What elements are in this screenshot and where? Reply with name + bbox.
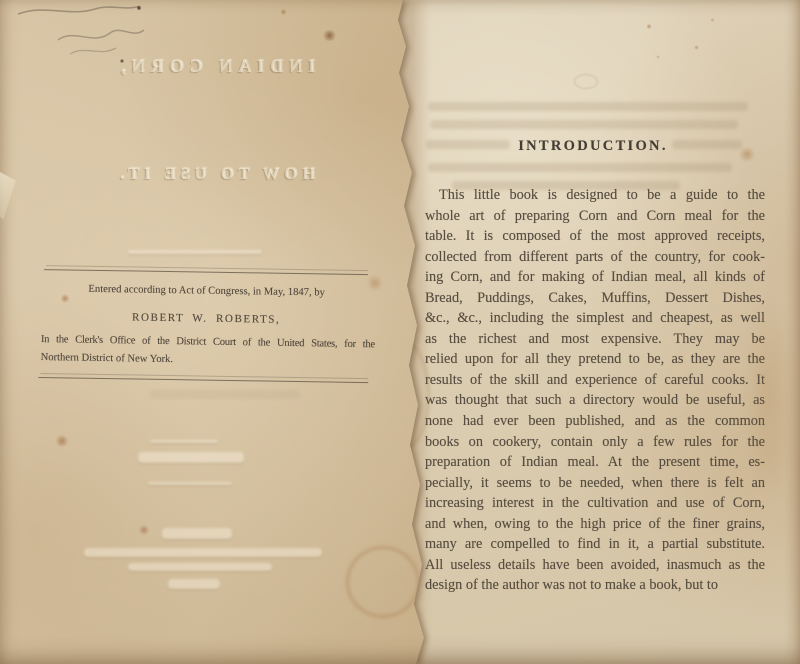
ghost-rule <box>148 482 232 485</box>
text-line: books on cookery, contain only a few rul… <box>425 434 765 455</box>
text-line: &c., &c., including the simplest and che… <box>425 310 765 331</box>
text-line: This little book is designed to be a gui… <box>425 187 765 208</box>
text-line: as the richest and most expensive. They … <box>425 331 765 352</box>
text-line: many are compelled to find in it, a part… <box>425 536 765 557</box>
ghost-bleedthrough-line <box>430 120 738 129</box>
text-line: All useless details have been avoided, i… <box>425 557 765 578</box>
ghost-imprint-line <box>162 528 232 539</box>
stain-spot <box>280 9 287 15</box>
stain-spot <box>322 30 337 41</box>
ghost-bleedthrough-line <box>428 163 732 172</box>
copyright-office-line: In the Clerk's Office of the District Co… <box>41 334 375 350</box>
ghost-imprint-line <box>168 579 220 589</box>
text-line: Bread, Puddings, Cakes, Muffins, Dessert… <box>425 290 765 311</box>
copyright-entry-line: Entered according to Act of Congress, in… <box>48 283 366 299</box>
text-line: relied upon for all they pretend to be, … <box>425 351 765 372</box>
ghost-bleedthrough-line <box>150 390 300 399</box>
waterstain-ring <box>346 546 420 618</box>
text-line: ing Corn, and for making of Indian meal,… <box>425 269 765 290</box>
ghost-rule <box>150 440 218 443</box>
text-line: whole art of preparing Corn and Corn mea… <box>425 208 765 229</box>
stain-spot <box>60 294 70 303</box>
stain-spot <box>738 148 756 161</box>
torn-page-edge: INDIAN CORN, HOW TO USE IT. Entered acco… <box>0 0 430 664</box>
text-line: preparation of Indian meal. At the prese… <box>425 454 765 475</box>
stain-spot <box>694 45 699 50</box>
text-line: results of the skill and experience of c… <box>425 372 765 393</box>
copyright-author-name: ROBERT W. ROBERTS, <box>47 310 365 327</box>
ghost-page-number <box>574 74 598 89</box>
right-page: INTRODUCTION. This little book is design… <box>392 0 800 664</box>
text-line: was thought that such a directory would … <box>425 392 765 413</box>
stain-spot <box>138 525 150 535</box>
ghost-imprint-line <box>128 563 272 571</box>
stain-spot <box>646 24 652 29</box>
text-line: design of the author was not to make a b… <box>425 577 765 598</box>
text-line: table. It is composed of the most approv… <box>425 228 765 249</box>
stain-spot <box>368 274 382 292</box>
stain-spot <box>55 435 69 447</box>
text-line: and when, owing to the high price of the… <box>425 516 765 537</box>
copyright-district-line: Northern District of New York. <box>41 352 375 368</box>
stain-spot <box>656 55 660 59</box>
book-scan: INTRODUCTION. This little book is design… <box>0 0 800 664</box>
stain-streak <box>742 290 796 500</box>
text-line: increasing interest in the cultivation a… <box>425 495 765 516</box>
introduction-paragraph: This little book is designed to be a gui… <box>425 187 765 598</box>
ghost-imprint-line <box>138 452 244 463</box>
ghost-imprint-line <box>84 548 322 557</box>
left-page: INDIAN CORN, HOW TO USE IT. Entered acco… <box>0 0 430 664</box>
text-line: none had ever been published, and as the… <box>425 413 765 434</box>
stain-spot <box>710 18 715 22</box>
text-line: pecially, it seems to be needed, when th… <box>425 475 765 496</box>
ghost-bleedthrough-line <box>428 102 748 111</box>
text-line: collected from different parts of the co… <box>425 249 765 270</box>
chapter-heading: INTRODUCTION. <box>422 138 764 155</box>
